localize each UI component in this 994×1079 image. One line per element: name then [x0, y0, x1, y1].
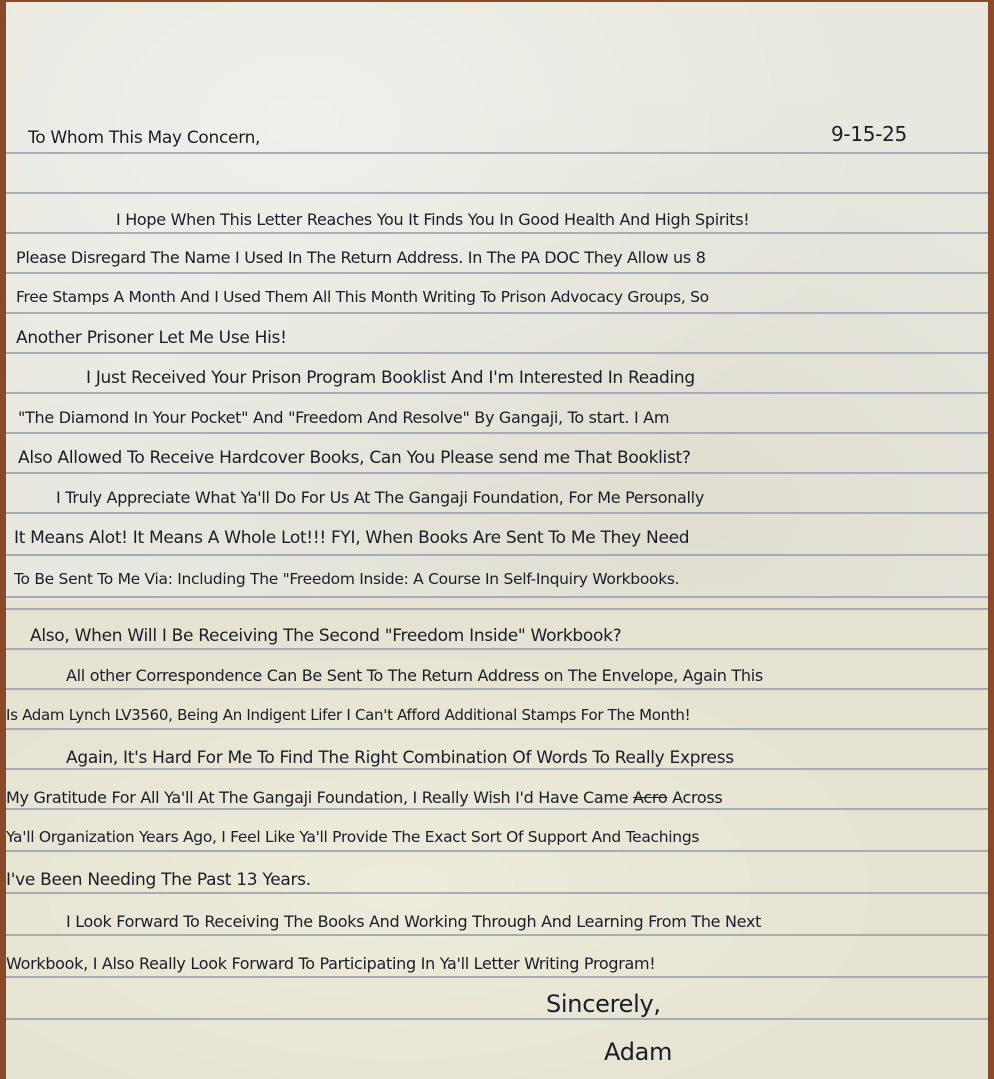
- ruled-line: [6, 808, 988, 810]
- letter-line-text: My Gratitude For All Ya'll At The Gangaj…: [6, 788, 628, 807]
- letter-line: Again, It's Hard For Me To Find The Righ…: [66, 748, 734, 768]
- ruled-line: [6, 512, 988, 514]
- ruled-line: [6, 352, 988, 354]
- ruled-line: [6, 688, 988, 690]
- ruled-line: [6, 272, 988, 274]
- ruled-line: [6, 768, 988, 770]
- ruled-line: [6, 892, 988, 894]
- signature: Adam: [604, 1038, 672, 1066]
- letter-line-tail: Across: [672, 788, 722, 807]
- ruled-line: [6, 432, 988, 434]
- ruled-line: [6, 850, 988, 852]
- letter-page-upper: To Whom This May Concern, 9-15-25 I Hope…: [6, 2, 988, 600]
- crossed-out-word: Acro: [633, 788, 667, 807]
- salutation: To Whom This May Concern,: [28, 128, 260, 148]
- letter-line: Please Disregard The Name I Used In The …: [16, 248, 706, 267]
- ruled-line: [6, 648, 988, 650]
- ruled-line: [6, 192, 988, 194]
- letter-line: Free Stamps A Month And I Used Them All …: [16, 288, 709, 306]
- ruled-line: [6, 392, 988, 394]
- letter-line: Is Adam Lynch LV3560, Being An Indigent …: [6, 706, 690, 724]
- letter-line: Workbook, I Also Really Look Forward To …: [6, 954, 655, 973]
- letter-line: To Be Sent To Me Via: Including The "Fre…: [14, 570, 679, 588]
- letter-line: Also, When Will I Be Receiving The Secon…: [30, 626, 621, 646]
- ruled-line: [6, 152, 988, 154]
- letter-line: I Just Received Your Prison Program Book…: [86, 368, 695, 388]
- letter-page-lower: Also, When Will I Be Receiving The Secon…: [6, 600, 988, 1079]
- ruled-line: [6, 312, 988, 314]
- ruled-line: [6, 934, 988, 936]
- letter-line: My Gratitude For All Ya'll At The Gangaj…: [6, 788, 722, 807]
- letter-line: All other Correspondence Can Be Sent To …: [66, 666, 763, 685]
- letter-line: Ya'll Organization Years Ago, I Feel Lik…: [6, 828, 699, 846]
- ruled-line: [6, 728, 988, 730]
- letter-line: I've Been Needing The Past 13 Years.: [6, 870, 311, 890]
- ruled-line: [6, 232, 988, 234]
- letter-date: 9-15-25: [831, 122, 907, 146]
- letter-line: "The Diamond In Your Pocket" And "Freedo…: [18, 408, 669, 427]
- ruled-line: [6, 554, 988, 556]
- letter-line: I Truly Appreciate What Ya'll Do For Us …: [56, 488, 704, 507]
- ruled-line: [6, 1018, 988, 1020]
- letter-line: It Means Alot! It Means A Whole Lot!!! F…: [14, 528, 689, 548]
- letter-line: Another Prisoner Let Me Use His!: [16, 328, 287, 348]
- letter-line: I Look Forward To Receiving The Books An…: [66, 912, 761, 931]
- letter-line: Also Allowed To Receive Hardcover Books,…: [18, 448, 691, 468]
- ruled-line: [6, 608, 988, 610]
- ruled-line: [6, 976, 988, 978]
- ruled-line: [6, 596, 988, 598]
- closing: Sincerely,: [546, 990, 661, 1018]
- letter-line: I Hope When This Letter Reaches You It F…: [116, 210, 749, 229]
- ruled-line: [6, 472, 988, 474]
